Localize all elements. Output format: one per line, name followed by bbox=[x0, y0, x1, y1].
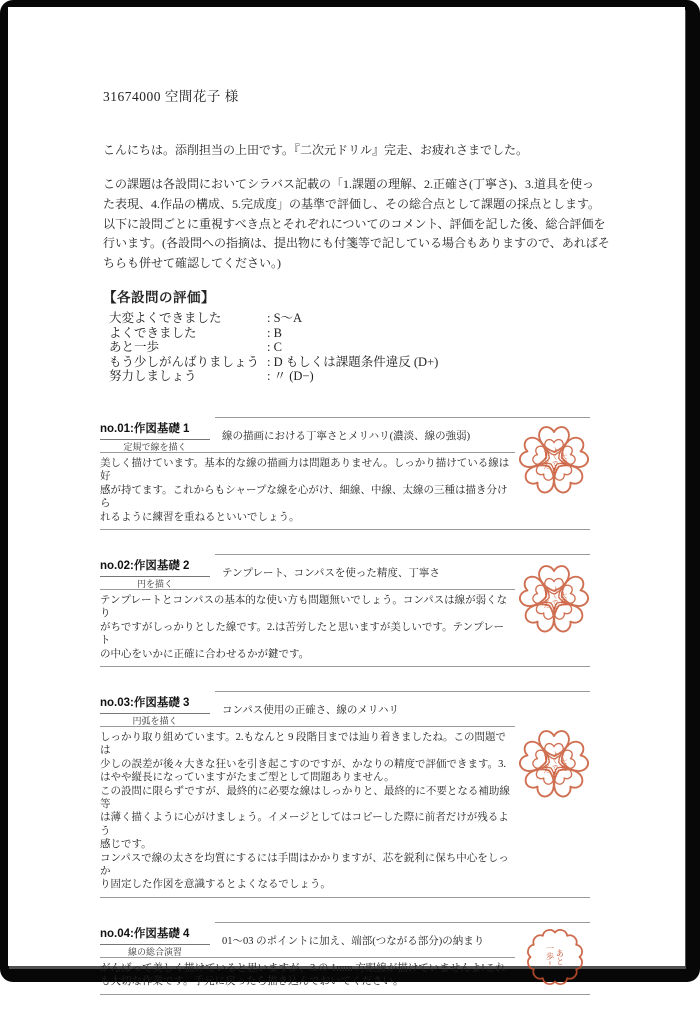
section-block-no03: no.03:作図基礎 3 円弧を描く コンパス使用の正確さ、線のメリハリ しっか… bbox=[100, 691, 590, 898]
rating-value: : 〃 (D−) bbox=[267, 369, 314, 384]
section-block-no04: no.04:作図基礎 4 線の総合演習 01〜03 のポイントに加え、端部(つな… bbox=[100, 922, 590, 995]
rating-row: あと一歩 : C bbox=[109, 340, 633, 355]
section-header: no.01:作図基礎 1 定規で線を描く 線の描画における丁寧さとメリハリ(濃淡… bbox=[100, 417, 590, 452]
section-criteria: コンパス使用の正確さ、線のメリハリ bbox=[222, 702, 399, 717]
rating-label: 大変よくできました bbox=[109, 311, 267, 326]
stamp-sakura-excellent: 大変 よくでき ました bbox=[518, 728, 590, 800]
divider-header bbox=[100, 957, 515, 958]
section-header: no.04:作図基礎 4 線の総合演習 01〜03 のポイントに加え、端部(つな… bbox=[100, 922, 590, 957]
section-header: no.03:作図基礎 3 円弧を描く コンパス使用の正確さ、線のメリハリ bbox=[100, 691, 590, 726]
rating-rows: 大変よくできました : S〜A よくできました : B あと一歩 : C もう少… bbox=[103, 311, 633, 384]
section-comment: がんばって美しく描けていると思いますが、3.の 1mm 方眼線が描けていませんよ… bbox=[100, 957, 512, 994]
rating-legend: 【各設問の評価】 大変よくできました : S〜A よくできました : B あと一… bbox=[103, 286, 633, 384]
rating-value: : B bbox=[267, 326, 282, 341]
section-title: no.03:作図基礎 3 bbox=[100, 694, 210, 714]
document-content: 31674000 空間花子 様 こんにちは。添削担当の上田です。『二次元ドリル』… bbox=[103, 85, 633, 1019]
section-title: no.02:作図基礎 2 bbox=[100, 557, 210, 577]
stamp-sakura-excellent: 大変 よくでき ました bbox=[518, 563, 590, 635]
rating-label: あと一歩 bbox=[109, 340, 267, 355]
rating-label: もう少しがんばりましょう bbox=[109, 355, 267, 370]
evaluation-sections: no.01:作図基礎 1 定規で線を描く 線の描画における丁寧さとメリハリ(濃淡… bbox=[100, 417, 590, 995]
section-criteria: 線の描画における丁寧さとメリハリ(濃淡、線の強弱) bbox=[222, 428, 470, 443]
rating-label: 努力しましょう bbox=[109, 369, 267, 384]
section-block-no01: no.01:作図基礎 1 定規で線を描く 線の描画における丁寧さとメリハリ(濃淡… bbox=[100, 417, 590, 530]
rating-row: よくできました : B bbox=[109, 326, 633, 341]
section-title: no.04:作図基礎 4 bbox=[100, 925, 210, 945]
section-comment: テンプレートとコンパスの基本的な使い方も問題無いでしょう。コンパスは線が弱くなり… bbox=[100, 589, 512, 666]
sakura-flower-icon bbox=[518, 728, 590, 800]
stamp-sakura-excellent: 大変 よくでき ました bbox=[518, 424, 590, 496]
section-block-no02: no.02:作図基礎 2 円を描く テンプレート、コンパスを使った精度、丁寧さ … bbox=[100, 554, 590, 667]
rating-row: 大変よくできました : S〜A bbox=[109, 311, 633, 326]
section-title: no.01:作図基礎 1 bbox=[100, 420, 210, 440]
rating-value: : D もしくは課題条件違反 (D+) bbox=[267, 355, 438, 370]
section-criteria: テンプレート、コンパスを使った精度、丁寧さ bbox=[222, 565, 440, 580]
intro-paragraph: この課題は各設問においてシラバス記載の「1.課題の理解、2.正確さ(丁寧さ)、3… bbox=[103, 175, 633, 274]
sakura-flower-icon bbox=[518, 563, 590, 635]
page-frame: 31674000 空間花子 様 こんにちは。添削担当の上田です。『二次元ドリル』… bbox=[0, 0, 700, 982]
greeting-text: こんにちは。添削担当の上田です。『二次元ドリル』完走、お疲れさまでした。 bbox=[103, 141, 633, 158]
rating-row: もう少しがんばりましょう : D もしくは課題条件違反 (D+) bbox=[109, 355, 633, 370]
rating-label: よくできました bbox=[109, 326, 267, 341]
section-comment: 美しく描けています。基本的な線の描画力は問題ありません。しっかり描けている線は好… bbox=[100, 452, 512, 529]
divider-header bbox=[100, 726, 515, 727]
divider-header bbox=[100, 452, 515, 453]
rating-title: 【各設問の評価】 bbox=[103, 286, 633, 306]
recipient-line: 31674000 空間花子 様 bbox=[103, 85, 633, 105]
section-header: no.02:作図基礎 2 円を描く テンプレート、コンパスを使った精度、丁寧さ bbox=[100, 554, 590, 589]
sakura-flower-icon bbox=[518, 424, 590, 496]
rating-value: : C bbox=[267, 340, 282, 355]
document-page: 31674000 空間花子 様 こんにちは。添削担当の上田です。『二次元ドリル』… bbox=[8, 7, 685, 966]
rating-value: : S〜A bbox=[267, 311, 302, 326]
section-comment: しっかり取り組めています。2.もなんと 9 段階目までは辿り着きましたね。この問… bbox=[100, 726, 512, 897]
stamp-scallop-one-more-step: あと 一歩! bbox=[524, 926, 586, 988]
divider-header bbox=[100, 589, 515, 590]
section-criteria: 01〜03 のポイントに加え、端部(つながる部分)の納まり bbox=[222, 933, 484, 948]
rating-row: 努力しましょう : 〃 (D−) bbox=[109, 369, 633, 384]
scallop-badge-icon bbox=[524, 926, 586, 988]
